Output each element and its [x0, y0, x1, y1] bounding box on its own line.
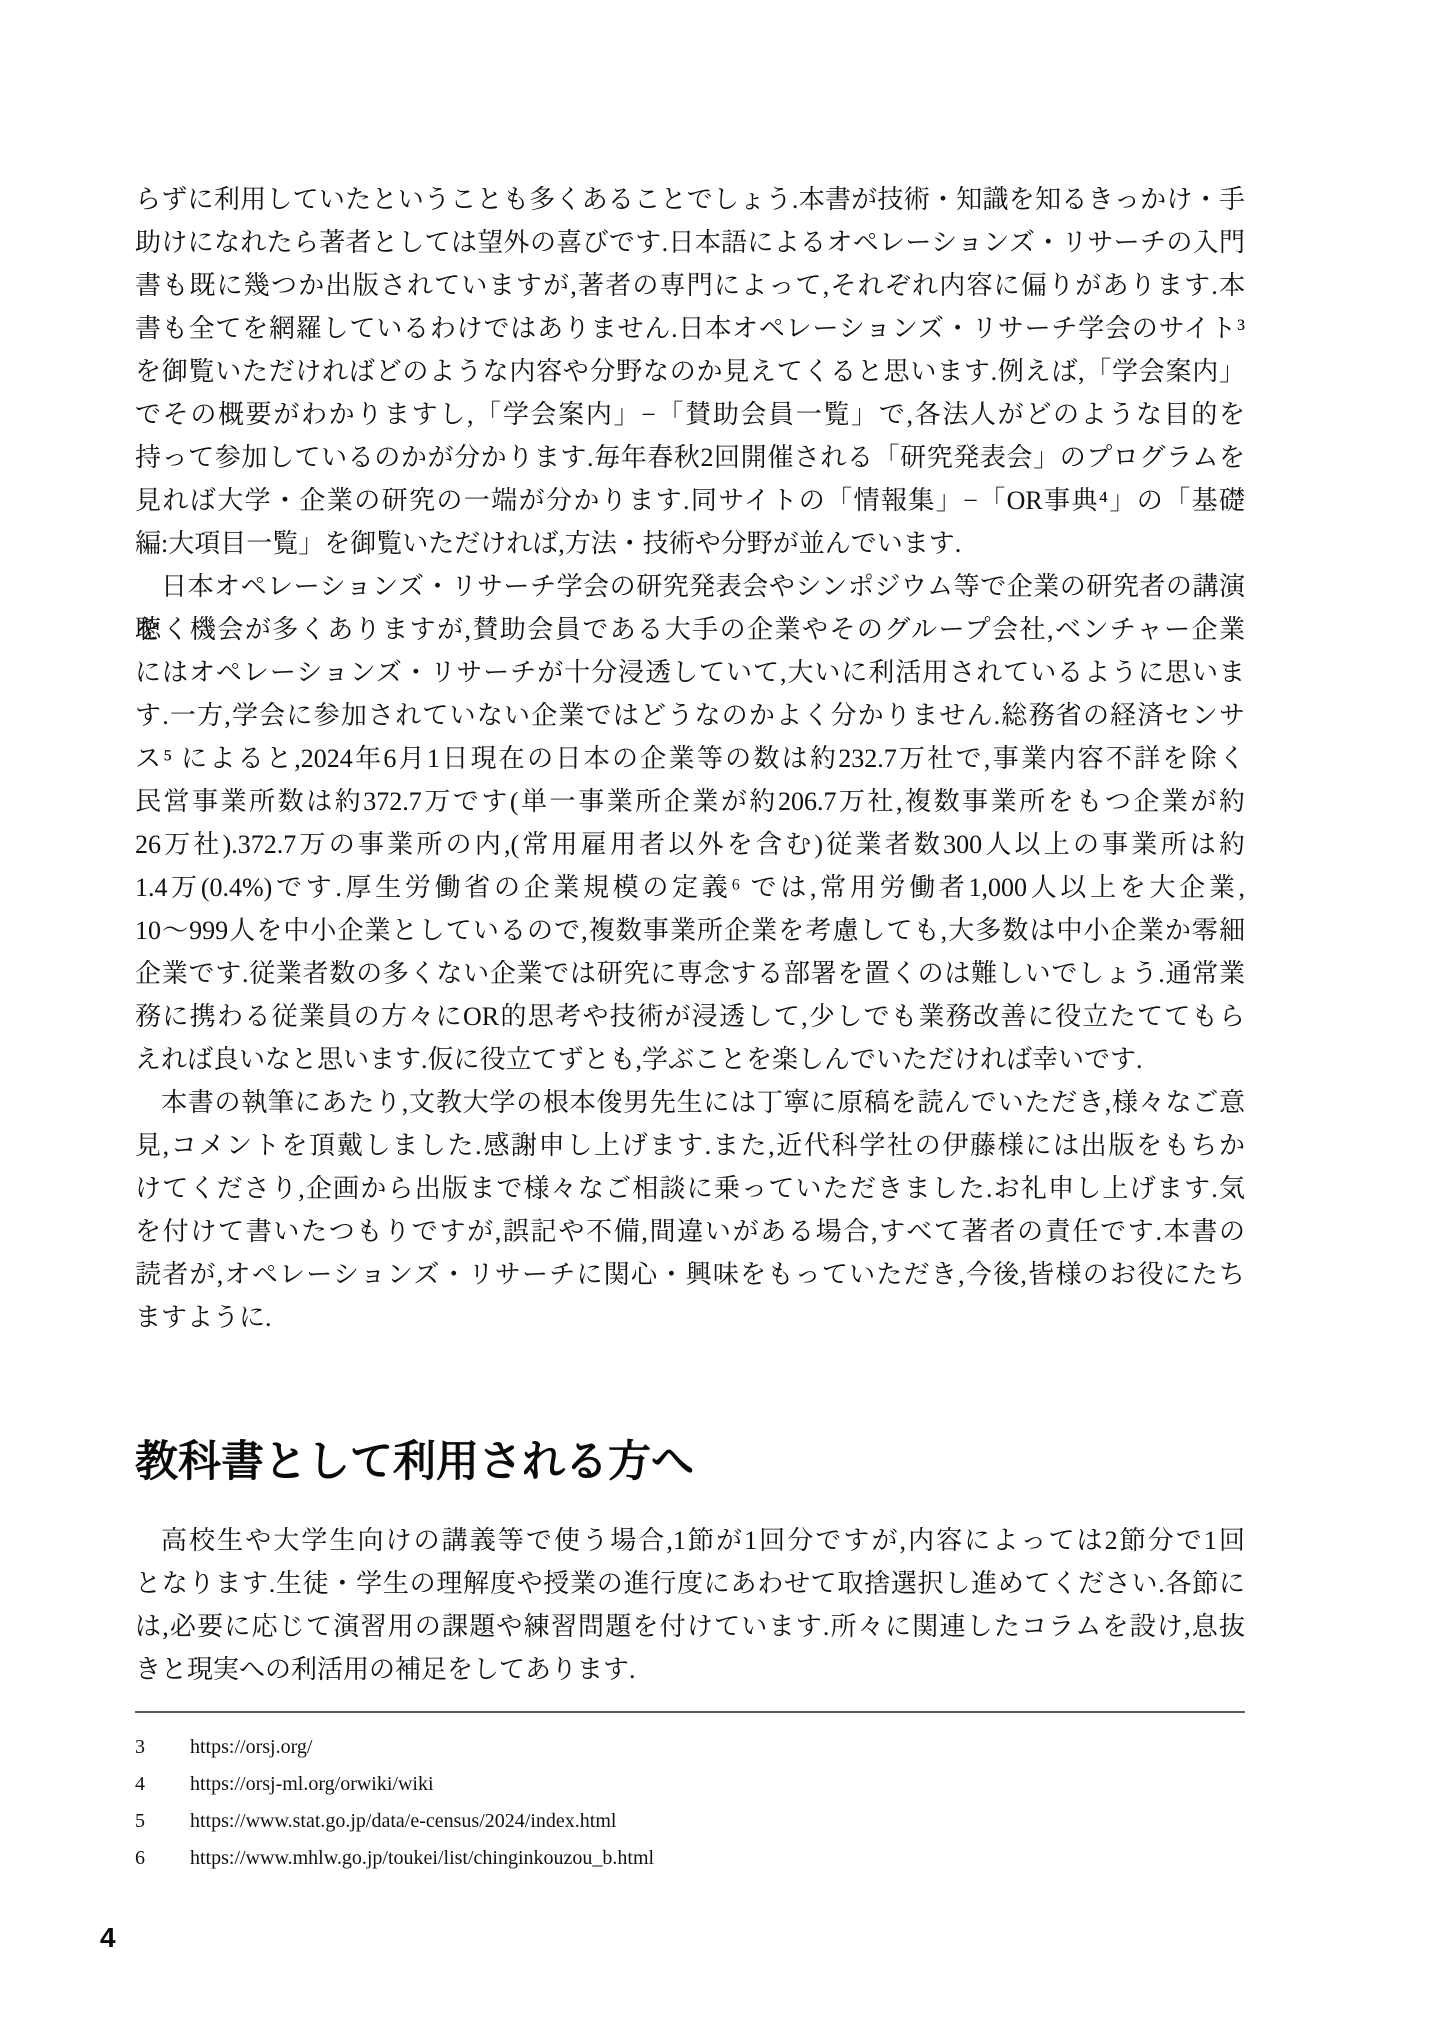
preface-paragraph-2: 日本オペレーションズ・リサーチ学会の研究発表会やシンポジウム等で企業の研究者の講… — [135, 565, 1245, 1081]
section-heading: 教科書として利用される方へ — [135, 1431, 1245, 1493]
book-page: らずに利用していたということも多くあることでしょう.本書が技術・知識を知るきっか… — [0, 0, 1433, 2024]
body-line: 務に携わる従業員の方々にOR的思考や技術が浸透して,少しでも業務改善に役立たてて… — [135, 995, 1245, 1038]
body-line: らずに利用していたということも多くあることでしょう.本書が技術・知識を知るきっか… — [135, 178, 1245, 221]
body-line: ますように. — [135, 1296, 1245, 1339]
body-line: 書も既に幾つか出版されていますが,著者の専門によって,それぞれ内容に偏りがありま… — [135, 264, 1245, 307]
body-line: 本書の執筆にあたり,文教大学の根本俊男先生には丁寧に原稿を読んでいただき,様々な… — [135, 1081, 1245, 1124]
footnote-number: 6 — [135, 1840, 190, 1877]
body-line: 聴く機会が多くありますが,賛助会員である大手の企業やそのグループ会社,ベンチャー… — [135, 608, 1245, 651]
body-line: ス⁵ によると,2024年6月1日現在の日本の企業等の数は約232.7万社で,事… — [135, 737, 1245, 780]
page-number: 4 — [100, 1922, 116, 1954]
body-line: を御覧いただければどのような内容や分野なのか見えてくると思います.例えば,「学会… — [135, 350, 1245, 393]
footnote-divider — [135, 1711, 1245, 1713]
body-line: 日本オペレーションズ・リサーチ学会の研究発表会やシンポジウム等で企業の研究者の講… — [135, 565, 1245, 608]
footnote-number: 4 — [135, 1766, 190, 1803]
body-line: となります.生徒・学生の理解度や授業の進行度にあわせて取捨選択し進めてください.… — [135, 1562, 1245, 1605]
footnote-number: 5 — [135, 1803, 190, 1840]
body-line: 読者が,オペレーションズ・リサーチに関心・興味をもっていただき,今後,皆様のお役… — [135, 1253, 1245, 1296]
body-line: は,必要に応じて演習用の課題や練習問題を付けています.所々に関連したコラムを設け… — [135, 1605, 1245, 1648]
preface-paragraph-3: 本書の執筆にあたり,文教大学の根本俊男先生には丁寧に原稿を読んでいただき,様々な… — [135, 1081, 1245, 1339]
footnote: 5 https://www.stat.go.jp/data/e-census/2… — [135, 1803, 1245, 1840]
body-line: きと現実への利活用の補足をしてあります. — [135, 1648, 1245, 1691]
text-column: らずに利用していたということも多くあることでしょう.本書が技術・知識を知るきっか… — [135, 178, 1245, 1877]
footnote: 6 https://www.mhlw.go.jp/toukei/list/chi… — [135, 1840, 1245, 1877]
body-line: にはオペレーションズ・リサーチが十分浸透していて,大いに利活用されているように思… — [135, 651, 1245, 694]
body-line: 助けになれたら著者としては望外の喜びです.日本語によるオペレーションズ・リサーチ… — [135, 221, 1245, 264]
body-line: す.一方,学会に参加されていない企業ではどうなのかよく分かりません.総務省の経済… — [135, 694, 1245, 737]
body-line: 1.4万(0.4%)です.厚生労働省の企業規模の定義⁶ では,常用労働者1,00… — [135, 866, 1245, 909]
footnote: 4 https://orsj-ml.org/orwiki/wiki — [135, 1766, 1245, 1803]
footnotes: 3 https://orsj.org/ 4 https://orsj-ml.or… — [135, 1729, 1245, 1877]
footnote-url: https://www.stat.go.jp/data/e-census/202… — [190, 1803, 1245, 1840]
body-line: 編:大項目一覧」を御覧いただければ,方法・技術や分野が並んでいます. — [135, 522, 1245, 565]
footnote-url: https://orsj-ml.org/orwiki/wiki — [190, 1766, 1245, 1803]
body-line: でその概要がわかりますし,「学会案内」−「賛助会員一覧」で,各法人がどのような目… — [135, 393, 1245, 436]
footnote: 3 https://orsj.org/ — [135, 1729, 1245, 1766]
preface-paragraph-1: らずに利用していたということも多くあることでしょう.本書が技術・知識を知るきっか… — [135, 178, 1245, 565]
body-line: 見,コメントを頂戴しました.感謝申し上げます.また,近代科学社の伊藤様には出版を… — [135, 1124, 1245, 1167]
body-line: えれば良いなと思います.仮に役立てずとも,学ぶことを楽しんでいただければ幸いです… — [135, 1038, 1245, 1081]
footnote-url: https://orsj.org/ — [190, 1729, 1245, 1766]
body-line: 書も全てを網羅しているわけではありません.日本オペレーションズ・リサーチ学会のサ… — [135, 307, 1245, 350]
body-line: 見れば大学・企業の研究の一端が分かります.同サイトの「情報集」−「OR事典⁴」の… — [135, 479, 1245, 522]
body-line: 高校生や大学生向けの講義等で使う場合,1節が1回分ですが,内容によっては2節分で… — [135, 1519, 1245, 1562]
body-line: 10〜999人を中小企業としているので,複数事業所企業を考慮しても,大多数は中小… — [135, 909, 1245, 952]
footnote-number: 3 — [135, 1729, 190, 1766]
body-line: 民営事業所数は約372.7万です(単一事業所企業が約206.7万社,複数事業所を… — [135, 780, 1245, 823]
body-line: 26万社).372.7万の事業所の内,(常用雇用者以外を含む)従業者数300人以… — [135, 823, 1245, 866]
footnote-url: https://www.mhlw.go.jp/toukei/list/ching… — [190, 1840, 1245, 1877]
section-paragraph: 高校生や大学生向けの講義等で使う場合,1節が1回分ですが,内容によっては2節分で… — [135, 1519, 1245, 1691]
body-line: 持って参加しているのかが分かります.毎年春秋2回開催される「研究発表会」のプログ… — [135, 436, 1245, 479]
body-line: けてくださり,企画から出版まで様々なご相談に乗っていただきました.お礼申し上げま… — [135, 1167, 1245, 1210]
body-line: を付けて書いたつもりですが,誤記や不備,間違いがある場合,すべて著者の責任です.… — [135, 1210, 1245, 1253]
body-line: 企業です.従業者数の多くない企業では研究に専念する部署を置くのは難しいでしょう.… — [135, 952, 1245, 995]
